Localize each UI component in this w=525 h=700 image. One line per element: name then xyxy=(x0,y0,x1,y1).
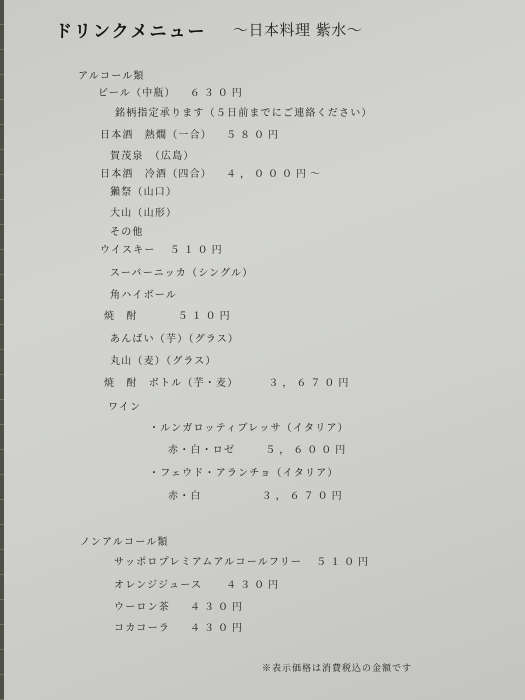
item-price: ４，０００円〜 xyxy=(226,169,324,180)
menu-item-shochu-bottle: 焼 酎 ボトル（芋・麦）３，６７０円 xyxy=(104,374,352,389)
item-price: ４３０円 xyxy=(226,580,282,591)
item-name: 焼 酎 ボトル（芋・麦） xyxy=(104,378,238,389)
menu-item-shochu: 焼 酎５１０円 xyxy=(104,307,234,322)
wine-item-name: ・ルンガロッティブレッサ（イタリア） xyxy=(149,419,349,434)
item-name: サッポロプレミアムアルコールフリー xyxy=(114,557,302,568)
item-name: コカコーラ xyxy=(114,623,170,634)
whisky-item: スーパーニッカ（シングル） xyxy=(110,264,253,279)
item-price: ４３０円 xyxy=(190,602,246,613)
menu-paper: ドリンクメニュー 〜日本料理 紫水〜 アルコール類 ビール（中瓶）６３０円 銘柄… xyxy=(4,0,525,700)
wine-variety: 赤・白 xyxy=(168,491,202,502)
wine-item-price-row: 赤・白・ロゼ５，６００円 xyxy=(168,441,349,456)
menu-item-non-alcohol: ウーロン茶４３０円 xyxy=(114,598,246,613)
wine-price: ３，６７０円 xyxy=(262,491,346,502)
restaurant-name: 〜日本料理 紫水〜 xyxy=(233,19,362,40)
wine-item-name: ・フェウド・アランチョ（イタリア） xyxy=(149,464,339,479)
non-alcohol-heading: ノンアルコール類 xyxy=(80,533,169,548)
alcohol-heading: アルコール類 xyxy=(78,67,145,82)
item-price: ５１０円 xyxy=(178,311,234,322)
menu-title: ドリンクメニュー xyxy=(55,17,207,42)
item-name: オレンジジュース xyxy=(114,580,202,591)
menu-item-sake-cold: 日本酒 冷酒（四合）４，０００円〜 xyxy=(100,165,324,180)
item-name: ウーロン茶 xyxy=(114,602,170,613)
item-price: ５８０円 xyxy=(226,130,282,141)
sake-brand: 賀茂泉 （広島） xyxy=(110,147,195,162)
item-price: ５１０円 xyxy=(170,245,226,256)
item-price: ３，６７０円 xyxy=(268,378,352,389)
sake-brand: 獺祭（山口） xyxy=(110,183,177,198)
menu-item-non-alcohol: コカコーラ４３０円 xyxy=(114,619,246,634)
item-price: ５１０円 xyxy=(316,557,372,568)
wine-price: ５，６００円 xyxy=(265,445,349,456)
menu-item-beer: ビール（中瓶）６３０円 xyxy=(98,84,246,99)
item-name: 焼 酎 xyxy=(104,311,138,322)
wine-item-price-row: 赤・白３，６７０円 xyxy=(168,487,346,502)
shochu-item: 丸山（麦）（グラス） xyxy=(110,352,217,367)
item-name: ウイスキー xyxy=(100,245,156,256)
menu-item-non-alcohol: サッポロプレミアムアルコールフリー５１０円 xyxy=(114,553,372,568)
wine-variety: 赤・白・ロゼ xyxy=(168,445,235,456)
beer-note: 銘柄指定承ります（５日前までにご連絡ください） xyxy=(115,104,373,119)
shochu-item: あんばい（芋）（グラス） xyxy=(110,330,239,345)
item-name: 日本酒 熱燗（一合） xyxy=(100,130,212,141)
menu-item-sake-hot: 日本酒 熱燗（一合）５８０円 xyxy=(100,126,282,141)
sake-brand: その他 xyxy=(110,223,144,238)
item-name: 日本酒 冷酒（四合） xyxy=(100,169,212,180)
tax-note: ※表示価格は消費税込の金額です xyxy=(262,661,412,674)
sake-brand: 大山（山形） xyxy=(110,204,177,219)
whisky-item: 角ハイボール xyxy=(110,286,177,301)
menu-item-whisky: ウイスキー５１０円 xyxy=(100,241,226,256)
item-name: ビール（中瓶） xyxy=(98,88,176,99)
wine-heading: ワイン xyxy=(108,398,141,413)
item-price: ６３０円 xyxy=(190,88,246,99)
item-price: ４３０円 xyxy=(190,623,246,634)
menu-item-non-alcohol: オレンジジュース４３０円 xyxy=(114,576,282,591)
